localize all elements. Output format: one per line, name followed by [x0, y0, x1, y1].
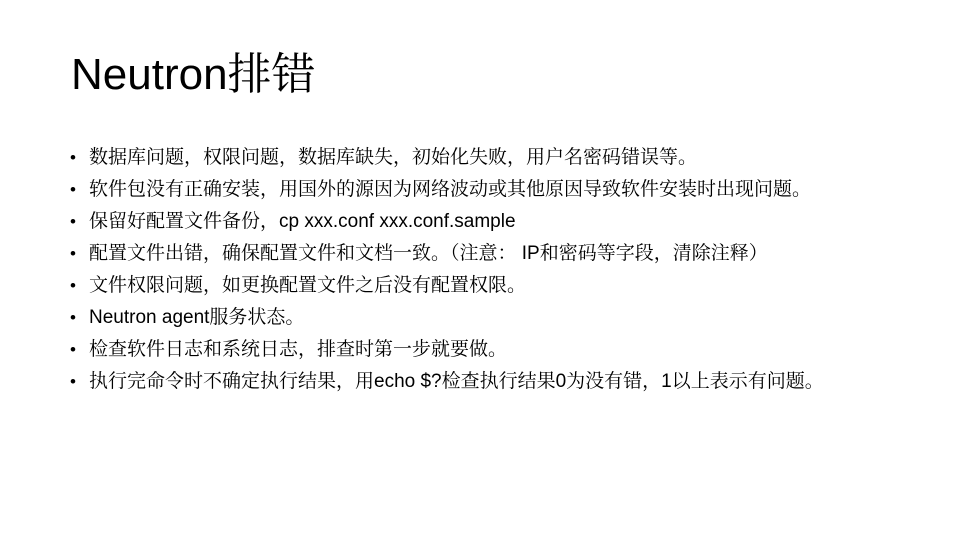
bullet-item: • 文件权限问题，如更换配置文件之后没有配置权限。 — [70, 270, 910, 302]
bullet-item: • 配置文件出错，确保配置文件和文档一致。（注意： IP和密码等字段，清除注释） — [70, 238, 910, 270]
bullet-text: 数据库问题，权限问题，数据库缺失，初始化失败，用户名密码错误等。 — [89, 142, 910, 174]
bullet-marker-icon: • — [70, 142, 89, 174]
bullet-text: 软件包没有正确安装，用国外的源因为网络波动或其他原因导致软件安装时出现问题。 — [89, 174, 910, 206]
bullet-item: • 数据库问题，权限问题，数据库缺失，初始化失败，用户名密码错误等。 — [70, 142, 910, 174]
bullet-text: 保留好配置文件备份，cp xxx.conf xxx.conf.sample — [89, 206, 910, 238]
bullet-item: • 执行完命令时不确定执行结果，用echo $?检查执行结果0为没有错，1以上表… — [70, 366, 910, 398]
bullet-marker-icon: • — [70, 366, 89, 398]
bullet-text: 文件权限问题，如更换配置文件之后没有配置权限。 — [89, 270, 910, 302]
bullet-list: • 数据库问题，权限问题，数据库缺失，初始化失败，用户名密码错误等。 • 软件包… — [70, 142, 910, 398]
bullet-text: 检查软件日志和系统日志，排查时第一步就要做。 — [89, 334, 910, 366]
bullet-text: Neutron agent服务状态。 — [89, 302, 910, 334]
bullet-item: • 检查软件日志和系统日志，排查时第一步就要做。 — [70, 334, 910, 366]
bullet-marker-icon: • — [70, 174, 89, 206]
slide: Neutron排错 • 数据库问题，权限问题，数据库缺失，初始化失败，用户名密码… — [0, 0, 960, 540]
bullet-text: 执行完命令时不确定执行结果，用echo $?检查执行结果0为没有错，1以上表示有… — [89, 366, 910, 398]
bullet-marker-icon: • — [70, 302, 89, 334]
bullet-item: • Neutron agent服务状态。 — [70, 302, 910, 334]
slide-title: Neutron排错 — [71, 46, 316, 104]
bullet-item: • 保留好配置文件备份，cp xxx.conf xxx.conf.sample — [70, 206, 910, 238]
bullet-marker-icon: • — [70, 334, 89, 366]
bullet-text: 配置文件出错，确保配置文件和文档一致。（注意： IP和密码等字段，清除注释） — [89, 238, 910, 270]
bullet-item: • 软件包没有正确安装，用国外的源因为网络波动或其他原因导致软件安装时出现问题。 — [70, 174, 910, 206]
bullet-marker-icon: • — [70, 206, 89, 238]
bullet-marker-icon: • — [70, 238, 89, 270]
bullet-marker-icon: • — [70, 270, 89, 302]
